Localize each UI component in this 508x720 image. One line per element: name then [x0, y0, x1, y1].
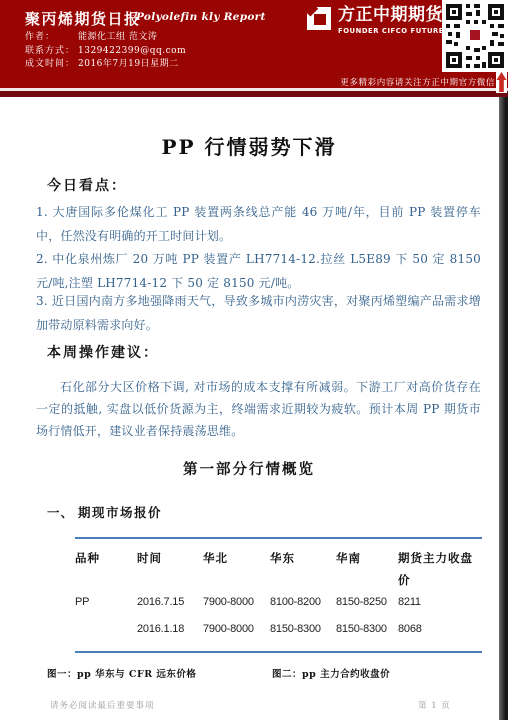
- page-edge-shadow: [499, 97, 508, 720]
- part1-heading: 第一部分行情概览: [0, 458, 498, 479]
- company-name-block: 方正中期期货 FOUNDER CIFCO FUTURES: [338, 6, 449, 35]
- cell-east: 8100-8200: [270, 589, 336, 616]
- company-name-en: FOUNDER CIFCO FUTURES: [338, 27, 449, 35]
- page-number: 第 1 页: [418, 699, 451, 711]
- banner-maroon-bar: [0, 91, 508, 97]
- meta-author-label: 作者：: [25, 31, 78, 45]
- meta-contact-label: 联系方式：: [25, 45, 78, 59]
- meta-date: 成文时间： 2016年7月19日星期二: [25, 58, 186, 72]
- wechat-note: 更多精彩内容请关注方正中期官方微信: [340, 76, 495, 88]
- cell-south: 8150-8250: [336, 589, 398, 616]
- cell-date: 2016.1.18: [137, 616, 203, 643]
- meta-date-value: 2016年7月19日星期二: [78, 58, 179, 72]
- quote-table: 品种 时间 华北 华东 华南 期货主力收盘价 PP 2016.7.15 7900…: [75, 537, 482, 653]
- founder-logo-icon: [306, 6, 333, 31]
- cell-variety: [75, 616, 137, 643]
- advice-heading: 本周操作建议：: [47, 342, 159, 362]
- meta-contact: 联系方式： 1329422399@qq.com: [25, 45, 186, 59]
- cell-north: 7900-8000: [203, 589, 270, 616]
- qr-code: [442, 0, 508, 72]
- meta-author: 作者： 能源化工组 范文涛: [25, 31, 186, 45]
- col-header-north: 华北: [203, 545, 270, 589]
- highlights-heading: 今日看点：: [47, 175, 127, 195]
- cell-south: 8150-8300: [336, 616, 398, 643]
- cell-close: 8211: [398, 589, 476, 616]
- highlight-item-3: 3. 近日国内南方多地强降雨天气，导致多城市内涝灾害，对聚丙烯塑编产品需求增加带…: [36, 289, 481, 337]
- page-title: PP 行情弱势下滑: [0, 131, 498, 160]
- figure1-caption: 图一：pp 华东与 CFR 远东价格: [47, 666, 196, 680]
- header-banner: 聚丙烯期货日报 Polyolefin kly Report 作者： 能源化工组 …: [0, 0, 508, 88]
- up-arrow-icon: [496, 71, 507, 93]
- company-logo: 方正中期期货 FOUNDER CIFCO FUTURES: [306, 6, 449, 35]
- footer-disclaimer: 请务必阅读最后重要事项: [50, 699, 155, 711]
- cell-north: 7900-8000: [203, 616, 270, 643]
- cell-close: 8068: [398, 616, 476, 643]
- report-title-en: Polyolefin kly Report: [136, 11, 266, 23]
- highlight-item-1: 1. 大唐国际多伦煤化工 PP 装置两条线总产能 46 万吨/年，目前 PP 装…: [36, 200, 481, 248]
- sub-heading-market-quotes: 一、 期现市场报价: [47, 503, 162, 521]
- meta-date-label: 成文时间：: [25, 58, 78, 72]
- sub-heading-text: 期现市场报价: [78, 503, 162, 521]
- report-meta: 作者： 能源化工组 范文涛 联系方式： 1329422399@qq.com 成文…: [25, 31, 186, 72]
- report-title: 聚丙烯期货日报: [25, 8, 141, 29]
- col-header-east: 华东: [270, 545, 336, 589]
- col-header-time: 时间: [137, 545, 203, 589]
- col-header-south: 华南: [336, 545, 398, 589]
- cell-variety: PP: [75, 589, 137, 616]
- highlight-item-2: 2. 中化泉州炼厂 20 万吨 PP 装置产 LH7714-12.拉丝 L5E8…: [36, 247, 481, 295]
- figure2-caption: 图二：pp 主力合约收盘价: [272, 666, 390, 680]
- col-header-variety: 品种: [75, 545, 137, 589]
- cell-date: 2016.7.15: [137, 589, 203, 616]
- meta-author-value: 能源化工组 范文涛: [78, 31, 157, 45]
- advice-paragraph: 石化部分大区价格下调, 对市场的成本支撑有所减弱。下游工厂对高价货存在一定的抵触…: [36, 376, 481, 442]
- sub-heading-number: 一、: [47, 503, 78, 521]
- company-name-cn: 方正中期期货: [338, 6, 449, 25]
- cell-east: 8150-8300: [270, 616, 336, 643]
- col-header-futures-close: 期货主力收盘价: [398, 545, 476, 589]
- meta-contact-value: 1329422399@qq.com: [78, 45, 186, 59]
